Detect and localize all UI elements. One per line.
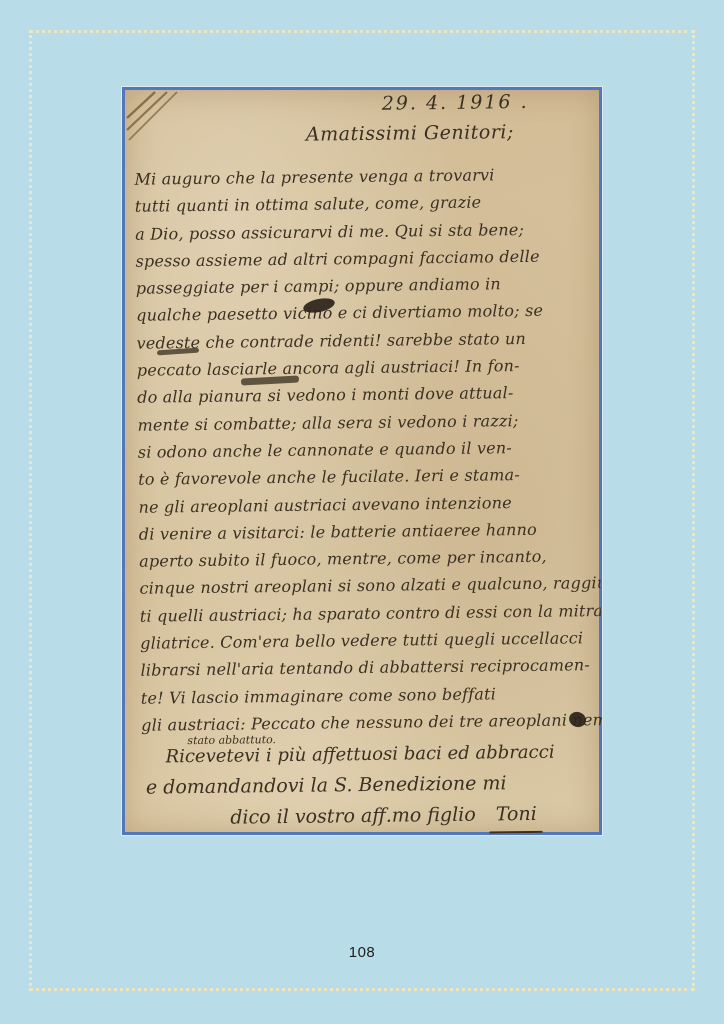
letter-line: vedeste che contrade ridenti! sarebbe st… <box>136 324 589 357</box>
letter-salutation: Amatissimi Genitori; <box>134 120 587 166</box>
book-page: 29. 4. 1916 . Amatissimi Genitori; Mi au… <box>0 0 724 1024</box>
letter-scan: 29. 4. 1916 . Amatissimi Genitori; Mi au… <box>122 87 602 835</box>
letter-closing-line: dico il vostro aff.mo figlioToni <box>142 798 595 838</box>
letter-closing-line: Ricevetevi i più affettuosi baci ed abbr… <box>141 737 594 773</box>
letter-text: 29. 4. 1916 . Amatissimi Genitori; Mi au… <box>120 87 603 838</box>
letter-closing-text: dico il vostro aff.mo figlio <box>230 804 476 829</box>
letter-signature: Toni <box>490 799 543 834</box>
letter-line: spesso assieme ad altri compagni facciam… <box>135 242 588 275</box>
letter-line: librarsi nell'aria tentando di abbatters… <box>140 652 593 685</box>
page-number: 108 <box>0 944 724 961</box>
